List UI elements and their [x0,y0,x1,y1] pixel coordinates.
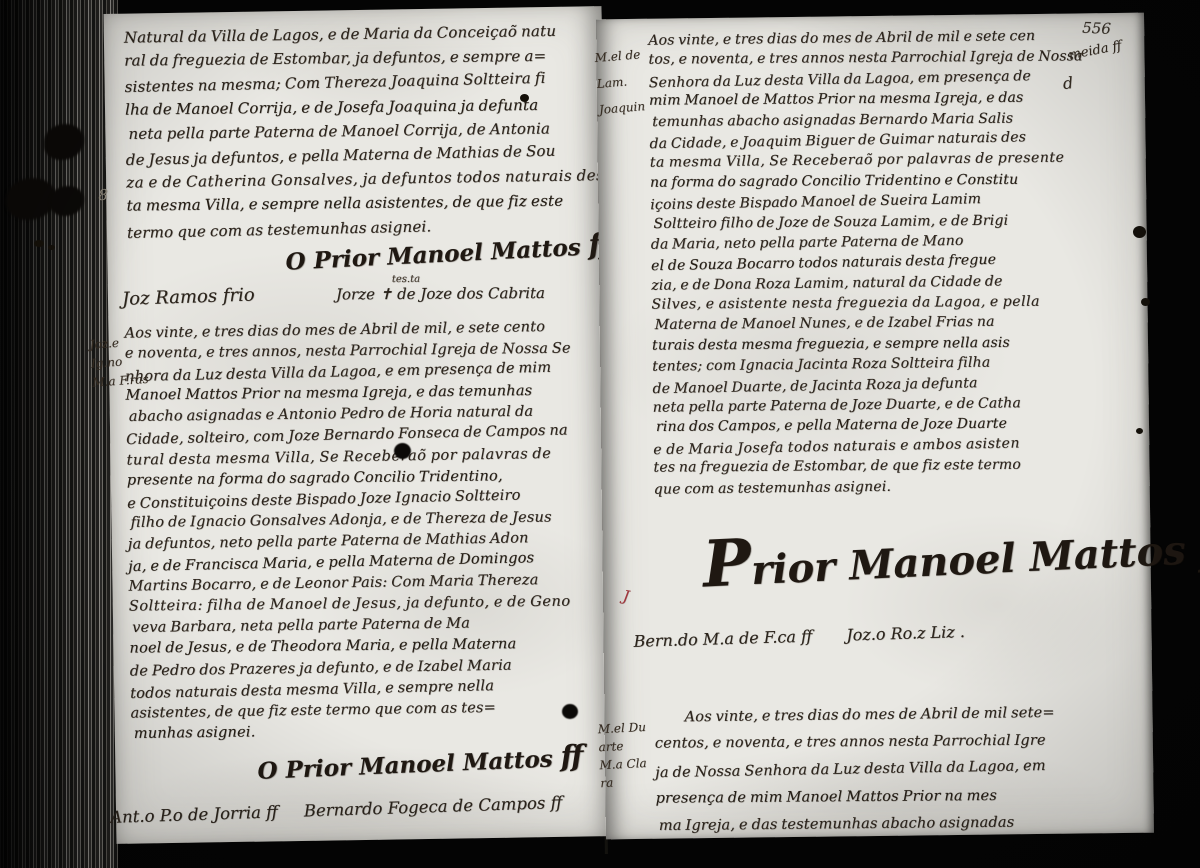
handwritten-line: Soltteiro filho de Joze de Souza Lamim, … [653,209,1131,234]
witness-bottom-right: Bernardo Fogeca de Campos ff [303,793,562,821]
witness-signature-left: Joz Ramos frio [122,284,255,309]
handwritten-line: arte [598,736,647,756]
marriage-record-text-2: Aos vinte, e tres dias do mes de Abril d… [654,699,1136,841]
ink-speck [1136,428,1143,434]
ink-speck [1141,298,1150,306]
witness-row-left: Bern.do M.a de F.ca ff [633,627,812,651]
witness-cross-label: tes.ta [392,274,420,285]
handwritten-line: ma Igreja, e das testemunhas abacho asig… [659,808,1139,840]
handwritten-line: presença de mim Manoel Mattos Prior na m… [655,781,1135,812]
witness-bottom-left: Ant.o P.o de Jorria ff [110,802,278,827]
ink-speck [520,94,529,102]
handwritten-line: ra [600,772,649,792]
priest-signature-2: O Prior Manoel Mattos ff [257,738,582,786]
priest-signature-large: Prior Manoel Mattos ff [701,502,1200,602]
marriage-record-text: Aos vinte, e tres dias do mes de Abril d… [124,316,601,745]
handwritten-line: Lam. [596,67,644,97]
handwritten-line: M.el de [594,41,642,71]
signature-2-flourish: ff [560,738,582,773]
ink-speck [34,240,44,247]
margin-note-couple-2: M.el DuarteM.a Clara [597,718,649,792]
witness-row-right: Joz.o Ro.z Liz . [846,622,965,645]
ink-blot [562,704,578,719]
handwritten-line: tes na freguezia de Estombar, de que fiz… [653,454,1131,478]
handwritten-line: M.el Du [597,718,646,738]
marriage-record-text: Aos vinte, e tres dias do mes de Abril d… [648,25,1132,500]
ink-speck [1133,226,1146,238]
priest-signature-text: O Prior Manoel Mattos [285,234,581,276]
handwritten-line: Joaquin [598,93,646,123]
red-check-mark: J [622,587,631,607]
priest-signature-2-text: O Prior Manoel Mattos [257,746,553,785]
ink-speck [48,245,55,250]
handwritten-line: M.a Cla [599,754,648,774]
priest-signature-large-text: Prior Manoel Mattos [702,527,1187,597]
margin-number-mark: 8 [98,186,108,205]
witness-signature-cross: tes.ta Jorze ✝ de Joze dos Cabrita [336,284,545,303]
right-page: 556 meida ff d M.el deLam.Joaquin Aos vi… [596,13,1154,840]
margin-note-couple-1: M.el deLam.Joaquin [594,41,646,123]
handwritten-line: turais desta mesma freguezia, e sempre n… [652,332,1130,356]
witness-signatures-bottom: Ant.o P.o de Jorria ff Bernardo Fogeca d… [110,793,563,827]
left-page: Natural da Villa de Lagos, e de Maria da… [104,6,615,844]
register-scan-photo: Natural da Villa de Lagos, e de Maria da… [0,0,1200,868]
record-end-text: Natural da Villa de Lagos, e de Maria da… [124,18,589,243]
witness-cross-text: Jorze ✝ de Joze dos Cabrita [336,284,545,303]
ink-blot [394,443,411,459]
witness-signatures-row: Bern.do M.a de F.ca ff Joz.o Ro.z Liz . [633,622,965,651]
